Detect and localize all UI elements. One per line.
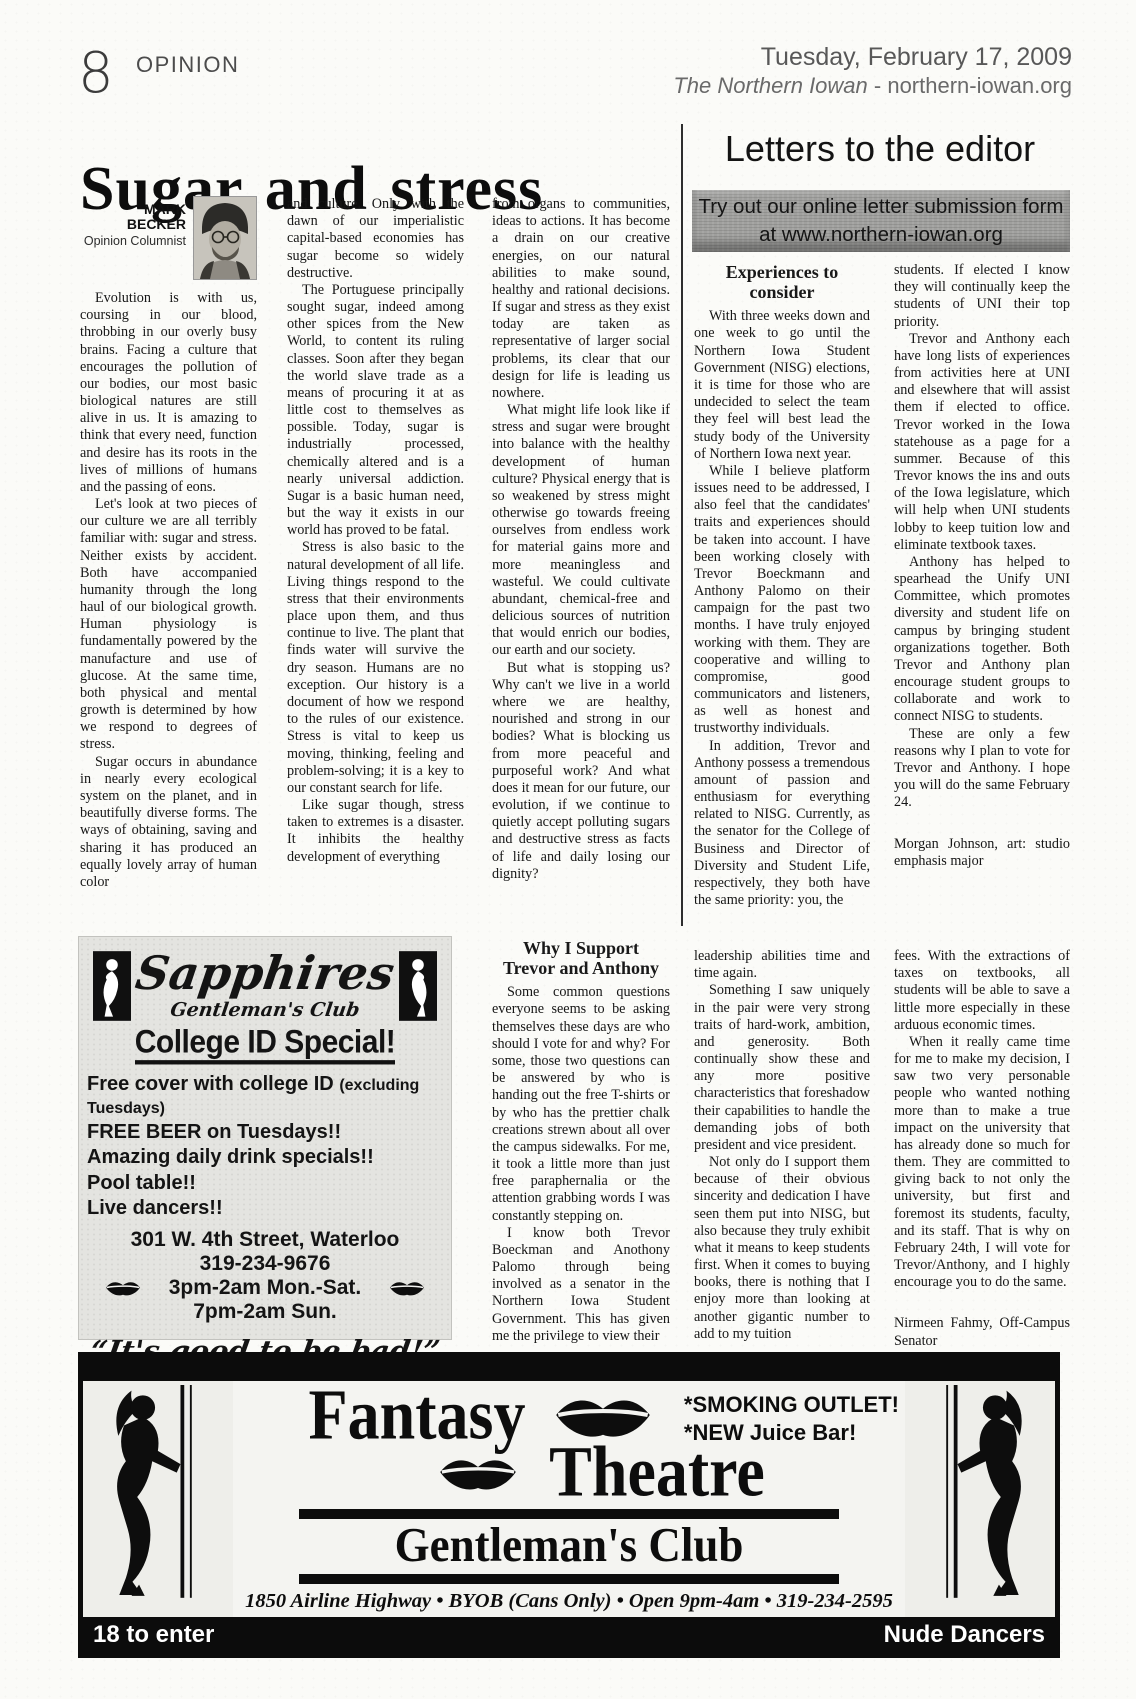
offer-item: Pool table!! <box>87 1172 451 1195</box>
body-paragraph: Not only do I support them because of th… <box>694 1154 870 1343</box>
body-paragraph: from organs to communities, ideas to act… <box>492 196 670 402</box>
body-paragraph: Let's look at two pieces of our culture … <box>80 496 257 754</box>
letter2-column-2: leadership abilities time and time again… <box>694 948 870 1343</box>
body-paragraph: What might life look like if stress and … <box>492 402 670 660</box>
body-paragraph: These are only a few reasons why I plan … <box>894 726 1070 812</box>
banner-line-2: at www.northern-iowan.org <box>692 221 1070 249</box>
body-paragraph: The Portuguese principally sought sugar,… <box>287 282 464 540</box>
sapphires-logo: Sapphires <box>76 949 455 997</box>
body-paragraph: students. If elected I know they will co… <box>894 262 1070 331</box>
fantasy-info-line: 1850 Airline Highway • BYOB (Cans Only) … <box>233 1590 905 1613</box>
header-dateline: Tuesday, February 17, 2009 The Northern … <box>673 44 1072 99</box>
page-header: 8 OPINION Tuesday, February 17, 2009 The… <box>78 44 1072 116</box>
ad-bottom-bar: 18 to enter Nude Dancers <box>83 1617 1055 1653</box>
letters-section-heading: Letters to the editor <box>690 128 1070 170</box>
letter1-column-2: students. If elected I know they will co… <box>894 262 1070 870</box>
pole-dancer-silhouette-icon <box>917 1385 1047 1611</box>
body-paragraph: leadership abilities time and time again… <box>694 948 870 982</box>
letter2-column-1: Why I Support Trevor and Anthony Some co… <box>492 938 670 1345</box>
body-paragraph: fees. With the extractions of taxes on t… <box>894 948 1070 1034</box>
banner-line-1: Try out our online letter submission for… <box>692 193 1070 221</box>
sapphires-hours-row: 3pm-2am Mon.-Sat. <box>79 1276 451 1300</box>
divider-bar <box>299 1574 839 1584</box>
body-paragraph: While I believe platform issues need to … <box>694 463 870 738</box>
sapphires-phone: 319-234-9676 <box>79 1252 451 1276</box>
body-paragraph: Something I saw uniquely in the pair wer… <box>694 982 870 1154</box>
body-paragraph: But what is stopping us? Why can't we li… <box>492 660 670 883</box>
nude-dancers-label: Nude Dancers <box>884 1621 1045 1649</box>
sapphires-hours-weekdays: 3pm-2am Mon.-Sat. <box>169 1276 362 1300</box>
sapphires-hours-sunday: 7pm-2am Sun. <box>79 1300 451 1324</box>
letter1-title: Experiences to consider <box>694 262 870 302</box>
sapphires-contact-block: 301 W. 4th Street, Waterloo 319-234-9676… <box>79 1228 451 1324</box>
body-paragraph: Sugar occurs in abundance in nearly ever… <box>80 754 257 891</box>
body-paragraph: Some common questions everyone seems to … <box>492 984 670 1224</box>
lips-icon <box>387 1278 427 1297</box>
age-restriction: 18 to enter <box>93 1621 214 1649</box>
article-column-3: from organs to communities, ideas to act… <box>492 196 670 883</box>
body-paragraph: I know both Trevor Boeckman and Anothony… <box>492 1225 670 1345</box>
body-paragraph: and culture. Only with the dawn of our i… <box>287 196 464 282</box>
fantasy-wordmark-1: Fantasy <box>309 1381 526 1449</box>
ad-center-panel: *SMOKING OUTLET! *NEW Juice Bar! Fantasy… <box>233 1381 905 1617</box>
section-label: OPINION <box>136 52 239 78</box>
body-paragraph: Like sugar though, stress taken to extre… <box>287 797 464 866</box>
letter1-column-1: Experiences to consider With three weeks… <box>694 262 870 909</box>
pole-dancer-silhouette-icon <box>91 1385 221 1611</box>
article-column-1: MARK BECKER Opinion Columnist Evolution … <box>80 196 257 891</box>
body-paragraph: When it really came time for me to make … <box>894 1034 1070 1292</box>
ad-top-bar <box>83 1357 1055 1381</box>
body-paragraph: In addition, Trevor and Anthony possess … <box>694 738 870 910</box>
sapphires-special-headline: College ID Special! <box>79 1027 451 1063</box>
article-column-2: and culture. Only with the dawn of our i… <box>287 196 464 866</box>
letter2-signature: Nirmeen Fahmy, Off-Campus Senator <box>894 1315 1070 1349</box>
body-paragraph: With three weeks down and one week to go… <box>694 308 870 463</box>
columnist-title: Opinion Columnist <box>80 234 186 248</box>
lips-icon <box>103 1278 143 1297</box>
ad-left-panel <box>83 1381 233 1617</box>
byline-block: MARK BECKER Opinion Columnist <box>80 196 257 280</box>
offer-item: Amazing daily drink specials!! <box>87 1146 451 1169</box>
body-paragraph: Trevor and Anthony each have long lists … <box>894 331 1070 554</box>
letter1-signature: Morgan Johnson, art: studio emphasis maj… <box>894 836 1070 870</box>
issue-date: Tuesday, February 17, 2009 <box>673 44 1072 72</box>
feature-smoking: *SMOKING OUTLET! <box>684 1391 899 1419</box>
ad-right-panel <box>905 1381 1055 1617</box>
letter-submission-banner: Try out our online letter submission for… <box>692 190 1070 252</box>
publication-line: The Northern Iowan - northern-iowan.org <box>673 72 1072 100</box>
body-paragraph: Anthony has helped to spearhead the Unif… <box>894 554 1070 726</box>
body-paragraph: Evolution is with us, coursing in our bl… <box>80 290 257 496</box>
fantasy-wordmark-2: Theatre <box>549 1438 765 1506</box>
column-divider-rule <box>681 124 683 926</box>
columnist-name: MARK BECKER <box>80 202 186 231</box>
letter2-column-3: fees. With the extractions of taxes on t… <box>894 948 1070 1350</box>
offer-item: Live dancers!! <box>87 1197 451 1220</box>
letter2-title: Why I Support Trevor and Anthony <box>492 938 670 978</box>
body-paragraph: Stress is also basic to the natural deve… <box>287 539 464 797</box>
lips-icon <box>433 1451 523 1493</box>
sapphires-offer-list: Free cover with college ID (excluding Tu… <box>87 1073 451 1220</box>
columnist-photo <box>193 196 257 280</box>
fantasy-subtitle: Gentleman's Club <box>233 1521 905 1570</box>
fantasy-theatre-ad: *SMOKING OUTLET! *NEW Juice Bar! Fantasy… <box>78 1352 1060 1658</box>
publication-name: The Northern Iowan <box>673 73 867 98</box>
newspaper-page: 8 OPINION Tuesday, February 17, 2009 The… <box>0 0 1136 1699</box>
offer-item: FREE BEER on Tuesdays!! <box>87 1121 451 1144</box>
sapphires-ad: Sapphires Gentleman's Club College ID Sp… <box>78 936 452 1340</box>
byline-text: MARK BECKER Opinion Columnist <box>80 196 186 248</box>
offer-item: Free cover with college ID (excluding Tu… <box>87 1073 451 1119</box>
sapphires-address: 301 W. 4th Street, Waterloo <box>79 1228 451 1252</box>
page-number: 8 <box>78 46 114 102</box>
sapphires-subtitle: Gentleman's Club <box>77 999 452 1021</box>
publication-site: - northern-iowan.org <box>868 73 1072 98</box>
